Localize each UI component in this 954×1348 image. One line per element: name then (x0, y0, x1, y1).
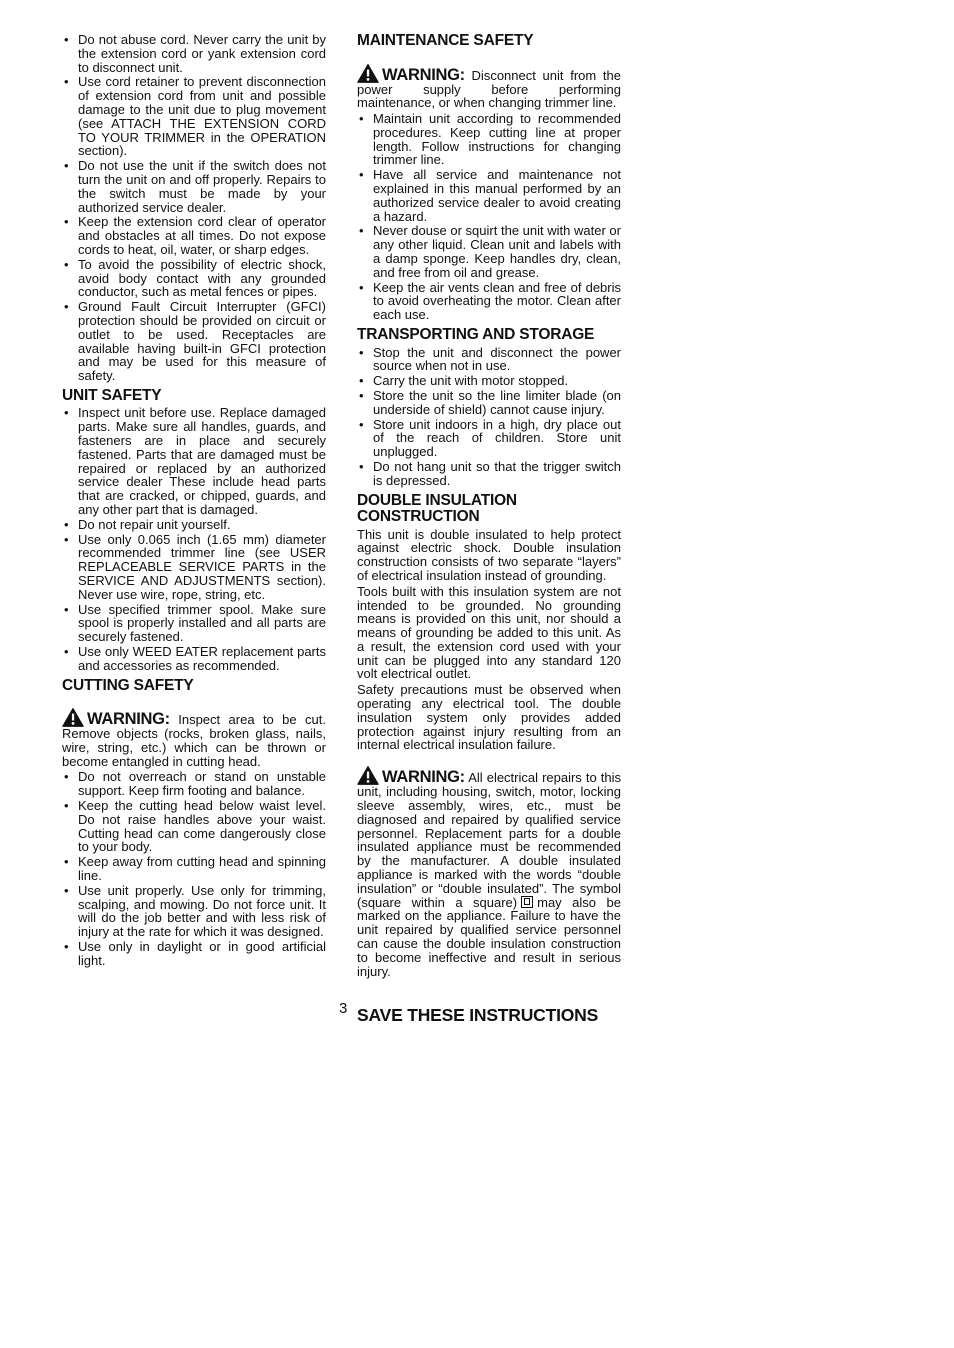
bullet-item: Use only 0.065 inch (1.65 mm) diameter r… (62, 533, 326, 602)
bullet-item: Use only in daylight or in good artifici… (62, 940, 326, 968)
bullet-item: Use specified trimmer spool. Make sure s… (62, 603, 326, 644)
bullet-item: To avoid the possibility of electric sho… (62, 258, 326, 299)
bullet-item: Use unit properly. Use only for trimming… (62, 884, 326, 939)
save-instructions-heading: SAVE THESE INSTRUCTIONS (357, 1009, 621, 1023)
bullet-item: Keep the extension cord clear of operato… (62, 215, 326, 256)
right-column: MAINTENANCE SAFETY WARNING: Disconnect u… (357, 33, 621, 1023)
warning-triangle-icon (357, 766, 379, 785)
square-within-square-icon (521, 896, 533, 908)
maintenance-safety-warning: WARNING: Disconnect unit from the power … (357, 64, 621, 111)
transporting-storage-heading: TRANSPORTING AND STORAGE (357, 327, 621, 344)
bullet-item: Have all service and maintenance not exp… (357, 168, 621, 223)
cutting-safety-warning: WARNING: Inspect area to be cut. Remove … (62, 708, 326, 768)
bullet-item: Carry the unit with motor stopped. (357, 374, 621, 388)
bullet-item: Use cord retainer to prevent disconnecti… (62, 75, 326, 158)
bullet-item: Store unit indoors in a high, dry place … (357, 418, 621, 459)
bullet-item: Keep away from cutting head and spinning… (62, 855, 326, 883)
maintenance-safety-bullet-list: Maintain unit according to recommended p… (357, 112, 621, 322)
body-paragraph: Tools built with this insulation system … (357, 585, 621, 682)
bullet-item: Keep the cutting head below waist level.… (62, 799, 326, 854)
double-insulation-heading-line2: CONSTRUCTION (357, 509, 621, 526)
left-column: Do not abuse cord. Never carry the unit … (62, 33, 326, 969)
bullet-item: Stop the unit and disconnect the power s… (357, 346, 621, 374)
cutting-safety-heading: CUTTING SAFETY (62, 678, 326, 695)
body-paragraph: This unit is double insulated to help pr… (357, 528, 621, 583)
double-insulation-heading-line1: DOUBLE INSULATION (357, 493, 621, 510)
warning-triangle-icon (62, 708, 84, 727)
double-insulation-paragraphs: This unit is double insulated to help pr… (357, 528, 621, 753)
warning-triangle-icon (357, 64, 379, 83)
bullet-item: Maintain unit according to recommended p… (357, 112, 621, 167)
transporting-storage-bullet-list: Stop the unit and disconnect the power s… (357, 346, 621, 488)
bullet-item: Do not overreach or stand on unstable su… (62, 770, 326, 798)
unit-safety-heading: UNIT SAFETY (62, 388, 326, 405)
double-insulation-heading: DOUBLE INSULATION CONSTRUCTION (357, 493, 621, 526)
cord-safety-bullet-list: Do not abuse cord. Never carry the unit … (62, 33, 326, 383)
bullet-item: Do not abuse cord. Never carry the unit … (62, 33, 326, 74)
body-paragraph: Safety precautions must be observed when… (357, 683, 621, 752)
warning-text-before-symbol: All electrical repairs to this unit, inc… (357, 770, 621, 909)
page-number: 3 (339, 1002, 347, 1016)
bullet-item: Never douse or squirt the unit with wate… (357, 224, 621, 279)
manual-page: Do not abuse cord. Never carry the unit … (0, 0, 954, 1348)
bullet-item: Do not hang unit so that the trigger swi… (357, 460, 621, 488)
unit-safety-bullet-list: Inspect unit before use. Replace damaged… (62, 406, 326, 672)
bullet-item: Do not repair unit yourself. (62, 518, 326, 532)
double-insulation-warning: WARNING: All electrical repairs to this … (357, 766, 621, 978)
maintenance-safety-heading: MAINTENANCE SAFETY (357, 33, 621, 50)
bullet-item: Use only WEED EATER replacement parts an… (62, 645, 326, 673)
cutting-safety-bullet-list: Do not overreach or stand on unstable su… (62, 770, 326, 967)
bullet-item: Inspect unit before use. Replace damaged… (62, 406, 326, 516)
bullet-item: Keep the air vents clean and free of deb… (357, 281, 621, 322)
bullet-item: Store the unit so the line limiter blade… (357, 389, 621, 417)
bullet-item: Ground Fault Circuit Interrupter (GFCI) … (62, 300, 326, 383)
bullet-item: Do not use the unit if the switch does n… (62, 159, 326, 214)
